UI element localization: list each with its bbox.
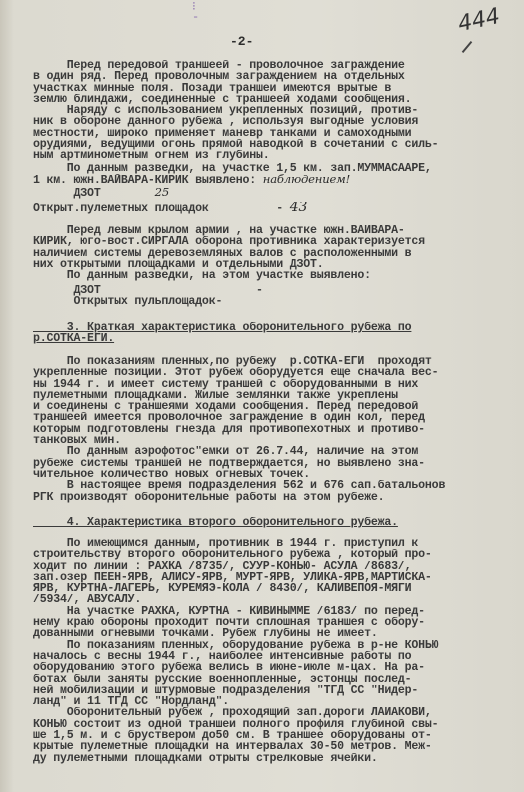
- document-page: ⁝- -2- 444 Перед передовой траншеей - пр…: [0, 0, 524, 792]
- text-line: КОНЬЮ состоит из одной траншеи полного п…: [33, 719, 513, 730]
- archive-tick-mark: [462, 41, 473, 53]
- text-line: /5934/, АВУСАЛУ.: [33, 594, 513, 605]
- text-line: 1 км. южн.ВАЙВАРА-КИРИК выявлено: наблюд…: [33, 174, 513, 186]
- ink-stamp-mark: ⁝-: [192, 2, 208, 28]
- text-line: Перед передовой траншеей - проволочное з…: [33, 60, 513, 71]
- text-line: дованными огневыми точками. Рубеж глубин…: [33, 628, 513, 639]
- text-line: В настоящее время подразделения 562 и 67…: [33, 480, 513, 491]
- text-line: Перед левым крылом армии , на участке юж…: [33, 225, 513, 236]
- list-item: ДЗОТ -: [33, 285, 513, 296]
- text-line: крытые пулеметные площадки на интервалах…: [33, 741, 513, 752]
- text-line: оборудованию этого рубежа велись в июне-…: [33, 662, 513, 673]
- text-line: ланд" и 11 ТГД СС "Нордланд".: [33, 696, 513, 707]
- text-line: По данным разведки, на этом участке выяв…: [33, 270, 513, 281]
- text-line: укрепленные позиции. Этот рубеж оборудуе…: [33, 367, 513, 378]
- handwritten-note: наблюдением!: [263, 174, 350, 186]
- text-line: местности, широко применяет маневр танка…: [33, 128, 513, 139]
- paragraph-enemy-tactics: Наряду с использованием укрепленных пози…: [33, 105, 513, 161]
- text-line: ным артминометным огнем из глубины.: [33, 150, 513, 161]
- text-line: чительное количество новых огневых точек…: [33, 469, 513, 480]
- text-line: нему краю обороны проходит почти сплошна…: [33, 617, 513, 628]
- text-line: ше 1,5 м. и с бруствером до50 см. В тран…: [33, 730, 513, 741]
- text-line: них открытыми площадками и отдельными ДЗ…: [33, 259, 513, 270]
- paragraph-wire-obstacles: Перед передовой траншеей - проволочное з…: [33, 60, 513, 105]
- section-4-body: По имеющимся данным, противник в 1944 г.…: [33, 538, 513, 764]
- text-line: танковых мин.: [33, 435, 513, 446]
- detected-list-1: ДЗОТ 25 Открыт.пулеметных площадок - 43: [33, 187, 513, 215]
- text-line: и соединены с траншеями ходами сообщения…: [33, 401, 513, 412]
- text-line: КИРИК, юго-вост.СИРГАЛА оборона противни…: [33, 236, 513, 247]
- paragraph-left-flank: Перед левым крылом армии , на участке юж…: [33, 225, 513, 281]
- text-line: пулеметными площадками. Жилые землянки т…: [33, 390, 513, 401]
- text-line: землю блиндажи, соединенные с траншеей х…: [33, 94, 513, 105]
- text-line: рубеже системы траншей не подтверждается…: [33, 458, 513, 469]
- text-line: По данным аэрофотос"емки от 26.7.44, нал…: [33, 446, 513, 457]
- section-3-paragraph-1: По показаниям пленных,по рубежу р.СОТКА-…: [33, 356, 513, 503]
- text-line: в один ряд. Перед проволочным заграждени…: [33, 71, 513, 82]
- list-item: Открыт.пулеметных площадок - 43: [33, 202, 513, 214]
- section-3-heading: 3. Краткая характеристика оборонительног…: [33, 322, 513, 345]
- section-4-heading: 4. Характеристика второго оборонительног…: [33, 517, 513, 528]
- page-number: -2-: [230, 34, 253, 49]
- text-line: ду пулеметными площадками отрыты стрелко…: [33, 753, 513, 764]
- text-line: По показаниям пленных, оборудование рубе…: [33, 640, 513, 651]
- text-line: началось с весны 1944 г., наиболее интен…: [33, 651, 513, 662]
- text-line: На участке РАХКА, КУРТНА - КИВИНЫММЕ /61…: [33, 606, 513, 617]
- archive-page-number: 444: [456, 4, 502, 37]
- text-line: ник в обороне данного рубежа , используя…: [33, 116, 513, 127]
- text-line: Наряду с использованием укрепленных пози…: [33, 105, 513, 116]
- paragraph-reconnaissance-1: По данным разведки, на участке 1,5 км. з…: [33, 163, 513, 187]
- text-line: наличием системы деревоземляных валов с …: [33, 248, 513, 259]
- text-line: которым подготовлены гнезда для противоп…: [33, 424, 513, 435]
- list-item: ДЗОТ 25: [33, 187, 513, 199]
- section-heading: р.СОТКА-ЕГИ.: [33, 333, 513, 344]
- text-line: Оборонительный рубеж , проходящий зап.до…: [33, 707, 513, 718]
- text-line: орудиями, ведущими огонь прямой наводкой…: [33, 139, 513, 150]
- text-line: ботах были заняты русские военнопленные,…: [33, 674, 513, 685]
- text-line: РГК производят оборонительные работы на …: [33, 492, 513, 503]
- section-heading: 4. Характеристика второго оборонительног…: [33, 517, 513, 528]
- text-line: По имеющимся данным, противник в 1944 г.…: [33, 538, 513, 549]
- text-line: По данным разведки, на участке 1,5 км. з…: [33, 163, 513, 174]
- text-line: траншеей имеется проволочное заграждение…: [33, 412, 513, 423]
- text-line: зап.озер ПЕЕН-ЯРВ, АЛИСУ-ЯРВ, МУРТ-ЯРВ, …: [33, 572, 513, 583]
- section-heading: 3. Краткая характеристика оборонительног…: [33, 322, 513, 333]
- text-line: ней мобилизации и штурмовые подразделени…: [33, 685, 513, 696]
- detected-list-2: ДЗОТ - Открытых пульплощадок-: [33, 285, 513, 308]
- text-line: ЯРВ, КУРТНА-ЛАГЕРЬ, КУРЕМЯЭ-КОЛА / 8430/…: [33, 583, 513, 594]
- text-line: участках минные поля. Позади траншеи име…: [33, 83, 513, 94]
- text-line: ходит по линии : РАХКА /8735/, СУУР-КОНЬ…: [33, 561, 513, 572]
- list-item: Открытых пульплощадок-: [33, 296, 513, 307]
- text-line: По показаниям пленных,по рубежу р.СОТКА-…: [33, 356, 513, 367]
- text-line: строительству второго оборонительного ру…: [33, 549, 513, 560]
- text-line: ны 1944 г. и имеет систему траншей с обо…: [33, 379, 513, 390]
